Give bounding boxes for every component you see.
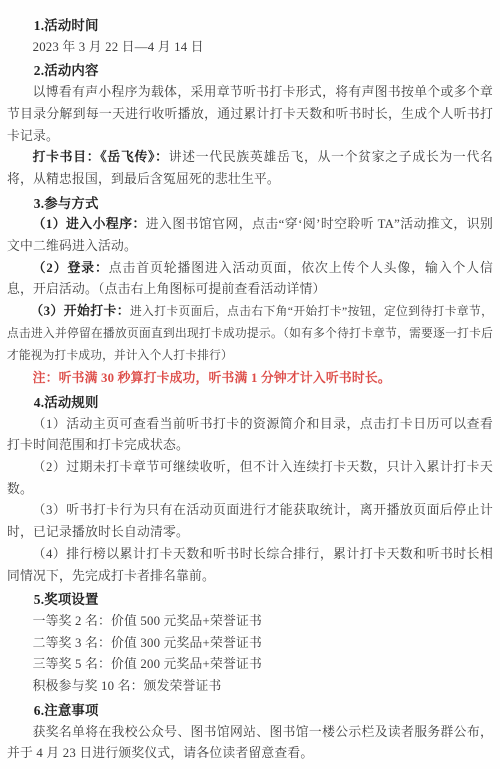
paragraph: 打卡书目：《岳飞传》：讲述一代民族英雄岳飞，从一个贫家之子成长为一代名将，从精忠… xyxy=(7,147,493,190)
paragraph: 以博看有声小程序为载体，采用章节听书打卡形式，将有声图书按单个或多个章节目录分解… xyxy=(7,82,493,147)
paragraph-text: 二等奖 3 名：价值 300 元奖品+荣誉证书 xyxy=(33,636,262,650)
paragraph-text: 获奖名单将在我校公众号、图书馆网站、图书馆一楼公示栏及读者服务群公布，并于 4 … xyxy=(7,725,493,761)
heading-text: 5.奖项设置 xyxy=(34,592,99,607)
paragraph: （3）听书打卡行为只有在活动页面进行才能获取统计，离开播放页面后停止计时，已记录… xyxy=(7,500,493,543)
paragraph-lead: （2）登录： xyxy=(33,261,109,275)
heading-text: 4.活动规则 xyxy=(34,395,99,410)
heading-text: 2.活动内容 xyxy=(34,63,99,78)
paragraph: （3）开始打卡：进入打卡页面后，点击右下角“开始打卡”按钮，定位到待打卡章节，点… xyxy=(7,301,493,366)
heading-text: 1.活动时间 xyxy=(34,18,99,33)
paragraph-text: （3）听书打卡行为只有在活动页面进行才能获取统计，离开播放页面后停止计时，已记录… xyxy=(7,503,493,539)
document-page: 1.活动时间2023 年 3 月 22 日—4 月 14 日2.活动内容以博看有… xyxy=(0,0,500,769)
paragraph-text: 以博看有声小程序为载体，采用章节听书打卡形式，将有声图书按单个或多个章节目录分解… xyxy=(7,85,493,142)
section-heading: 1.活动时间 xyxy=(7,15,493,37)
paragraph: 获奖名单将在我校公众号、图书馆网站、图书馆一楼公示栏及读者服务群公布，并于 4 … xyxy=(7,722,493,765)
note-line: 注：听书满 30 秒算打卡成功，听书满 1 分钟才计入听书时长。 xyxy=(7,368,493,390)
paragraph-text: 积极参与奖 10 名：颁发荣誉证书 xyxy=(33,679,222,693)
section-heading: 5.奖项设置 xyxy=(7,589,493,611)
paragraph-lead: （3）开始打卡： xyxy=(30,304,130,318)
paragraph-lead: （1）进入小程序： xyxy=(33,217,146,231)
heading-text: 3.参与方式 xyxy=(34,196,99,211)
paragraph-text: （4）排行榜以累计打卡天数和听书时长综合排行，累计打卡天数和听书时长相同情况下，… xyxy=(7,547,493,583)
paragraph: （2）登录：点击首页轮播图进入活动页面，依次上传个人头像，输入个人信息，开启活动… xyxy=(7,258,493,301)
section-heading: 6.注意事项 xyxy=(7,700,493,722)
heading-text: 6.注意事项 xyxy=(34,703,99,718)
paragraph: 2023 年 3 月 22 日—4 月 14 日 xyxy=(7,37,493,59)
paragraph: （2）过期未打卡章节可继续收听，但不计入连续打卡天数，只计入累计打卡天数。 xyxy=(7,457,493,500)
paragraph: 一等奖 2 名：价值 500 元奖品+荣誉证书 xyxy=(7,611,493,633)
paragraph-text: 三等奖 5 名：价值 200 元奖品+荣誉证书 xyxy=(33,657,262,671)
section-heading: 4.活动规则 xyxy=(7,392,493,414)
paragraph: （4）排行榜以累计打卡天数和听书时长综合排行，累计打卡天数和听书时长相同情况下，… xyxy=(7,544,493,587)
activity-notice-document: 1.活动时间2023 年 3 月 22 日—4 月 14 日2.活动内容以博看有… xyxy=(7,15,493,765)
paragraph: 积极参与奖 10 名：颁发荣誉证书 xyxy=(7,676,493,698)
paragraph: （1）活动主页可查看当前听书打卡的资源简介和目录，点击打卡日历可以查看打卡时间范… xyxy=(7,414,493,457)
paragraph-text: 注：听书满 30 秒算打卡成功，听书满 1 分钟才计入听书时长。 xyxy=(33,371,391,385)
paragraph-lead: 打卡书目：《岳飞传》： xyxy=(33,150,169,164)
paragraph: 三等奖 5 名：价值 200 元奖品+荣誉证书 xyxy=(7,654,493,676)
paragraph: （1）进入小程序：进入图书馆官网，点击“穿‘阅’时空聆听 TA”活动推文，识别文… xyxy=(7,214,493,257)
paragraph-text: 一等奖 2 名：价值 500 元奖品+荣誉证书 xyxy=(33,614,262,628)
section-heading: 3.参与方式 xyxy=(7,193,493,215)
paragraph-text: 2023 年 3 月 22 日—4 月 14 日 xyxy=(33,40,204,54)
paragraph: 二等奖 3 名：价值 300 元奖品+荣誉证书 xyxy=(7,633,493,655)
paragraph-text: （1）活动主页可查看当前听书打卡的资源简介和目录，点击打卡日历可以查看打卡时间范… xyxy=(7,417,493,453)
section-heading: 2.活动内容 xyxy=(7,60,493,82)
paragraph-text: （2）过期未打卡章节可继续收听，但不计入连续打卡天数，只计入累计打卡天数。 xyxy=(7,460,493,496)
